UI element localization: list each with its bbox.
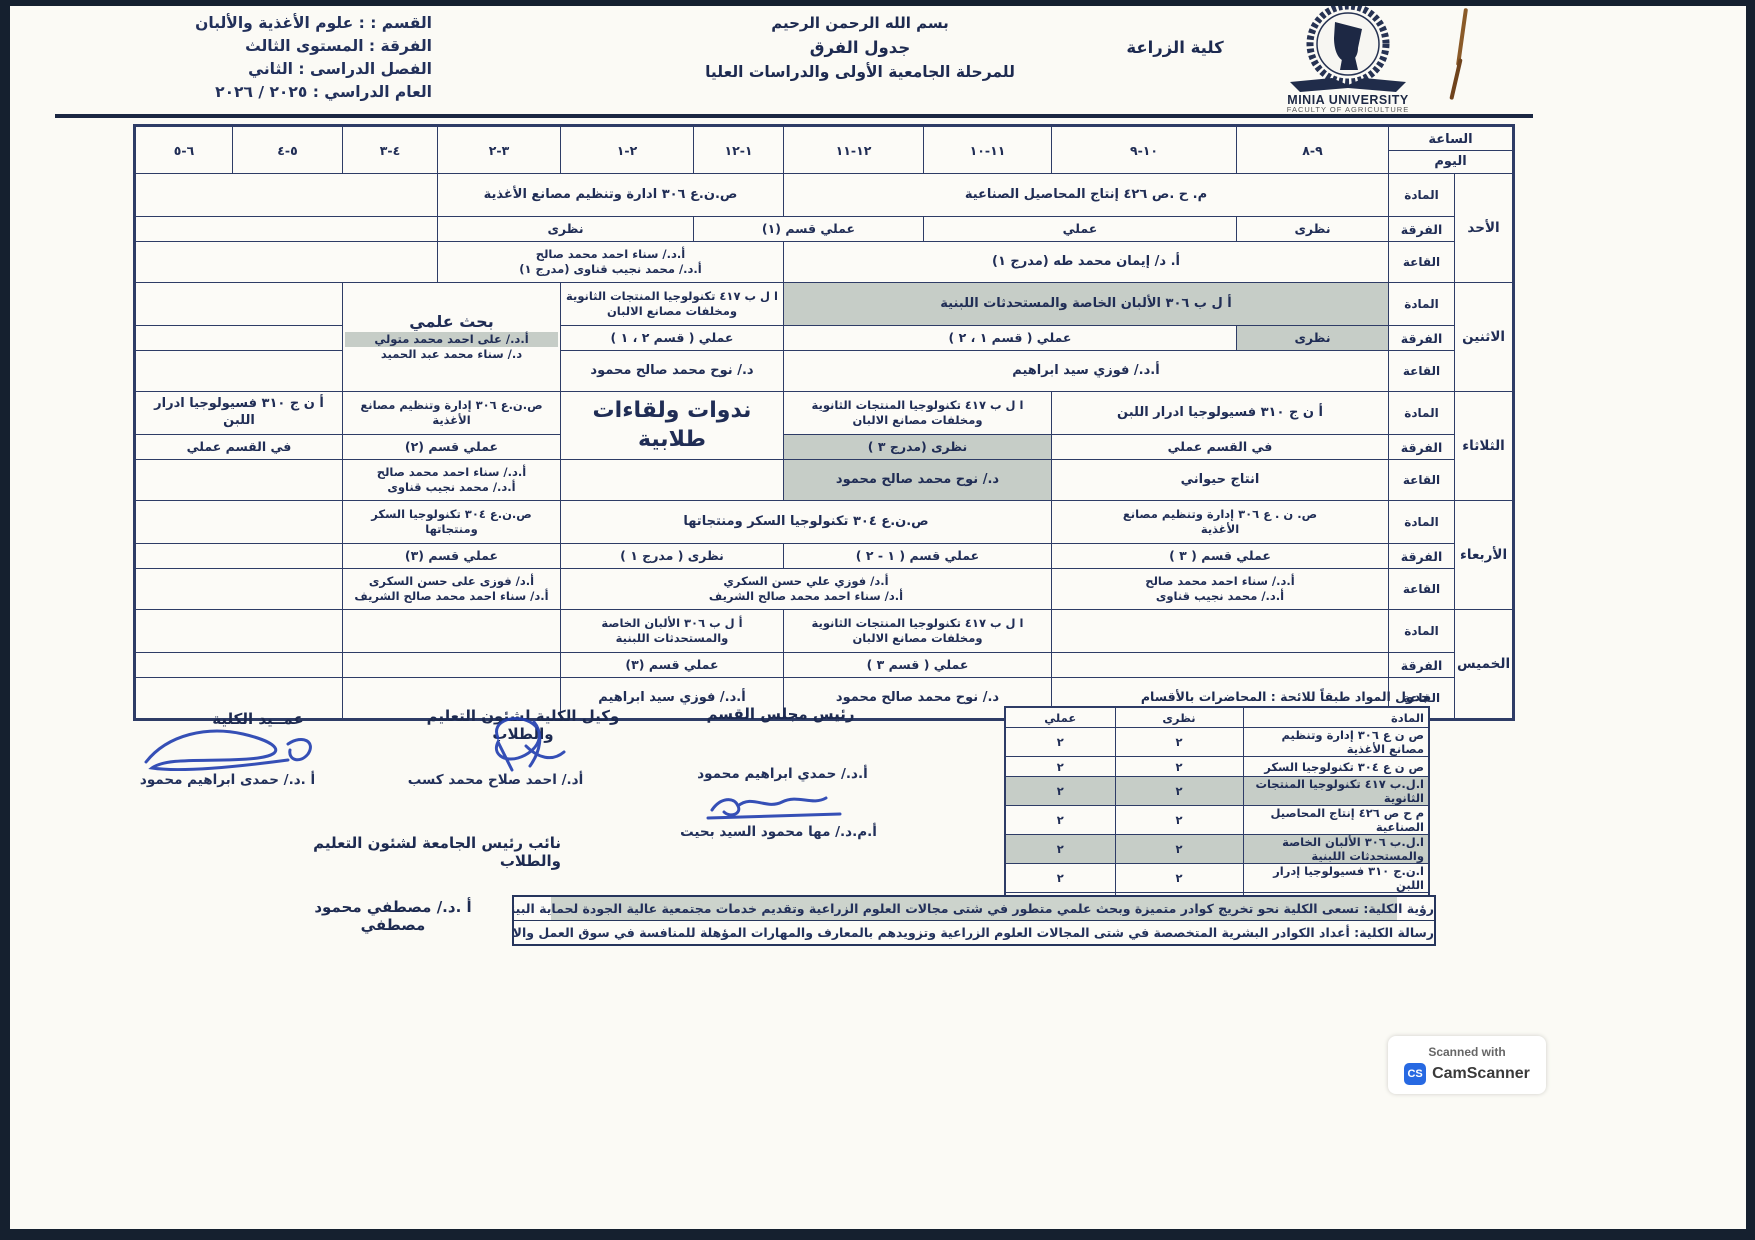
summary-cell: ٢ — [1005, 864, 1115, 893]
timetable-cell: أ ل ب ٣٠٦ الألبان الخاصة والمستحدثات الل… — [784, 283, 1389, 326]
hour-day-corner: الساعةاليوم — [1389, 126, 1514, 174]
timetable-cell: ص.ن.ع ٣٠٤ تكنولوجيا السكر ومنتجاتها — [561, 501, 1052, 544]
row-type-label: المادة — [1389, 501, 1455, 544]
camscanner-brand: CamScanner — [1432, 1065, 1530, 1083]
timetable-cell — [135, 610, 343, 653]
timetable-cell: أ.د./ فوزي سيد ابراهيم — [784, 351, 1389, 392]
faculty-name: كلية الزراعة — [1110, 38, 1240, 57]
timetable-cell: ندوات ولقاءات طلابية — [561, 392, 784, 460]
timetable-cell: ص. ن . ع ٣٠٦ إدارة وتنظيم مصانعالأغذية — [1052, 501, 1389, 544]
scan-frame-right — [1746, 0, 1755, 1240]
timetable-cell — [343, 610, 561, 653]
timetable-cell: عملي ( قسم ٢ ، ١ ) — [561, 326, 784, 351]
page-title: جدول الفرق — [610, 38, 1110, 57]
timetable-cell: عملي قسم (٣) — [561, 653, 784, 678]
camscanner-badge: Scanned with CS CamScanner — [1388, 1036, 1546, 1094]
dept-head-name: أ.د./ حمدي ابراهيم محمود — [690, 766, 875, 782]
timetable-cell: أ.د/ فوزى على حسن السكرىأ.د/ سناء احمد م… — [343, 569, 561, 610]
timetable-cell — [343, 653, 561, 678]
summary-cell: ٢ — [1115, 757, 1243, 777]
timetable-cell — [135, 569, 343, 610]
timetable-cell — [135, 351, 343, 392]
hour-header: ١٠-٩ — [1052, 126, 1237, 174]
timetable-cell — [135, 544, 343, 569]
dept-head-signature — [700, 784, 860, 826]
timetable-cell — [135, 217, 438, 242]
mission-line: رسالة الكلية: أعداد الكوادر البشرية المت… — [514, 921, 1434, 944]
vision-line: رؤية الكلية: تسعى الكلية نحو تخريج كوادر… — [514, 897, 1434, 921]
timetable-cell: عملي — [924, 217, 1237, 242]
timetable-cell: ا ل ب ٤١٧ تكنولوجيا المنتجات الثانويةومخ… — [784, 392, 1052, 435]
summary-cell: ص ن ع ٣٠٤ تكنولوجيا السكر — [1243, 757, 1429, 777]
timetable-cell: نظرى — [438, 217, 694, 242]
timetable-cell: أ ن ج ٣١٠ فسيولوجيا ادرار اللبن — [135, 392, 343, 435]
timetable-cell — [135, 326, 343, 351]
hour-header: ٤-٣ — [343, 126, 438, 174]
department-line: القسم : : علوم الأغذية والألبان — [52, 12, 432, 35]
row-type-label: القاعة — [1389, 569, 1455, 610]
pen-mark — [1450, 6, 1474, 102]
hour-header: ٩-٨ — [1237, 126, 1389, 174]
summary-cell: ٢ — [1005, 777, 1115, 806]
timetable-cell: أ.د/ فوزي علي حسن السكريأ.د/ سناء احمد م… — [561, 569, 1052, 610]
summary-cell: ٢ — [1115, 777, 1243, 806]
summary-cell: ٢ — [1005, 728, 1115, 757]
hour-header: ٦-٥ — [135, 126, 233, 174]
row-type-label: الفرقة — [1389, 217, 1455, 242]
timetable-cell: في القسم عملي — [1052, 435, 1389, 460]
page-subtitle: للمرحلة الجامعية الأولى والدراسات العليا — [610, 63, 1110, 81]
timetable-cell — [135, 242, 438, 283]
header-divider — [55, 114, 1533, 118]
summary-header: المادة — [1243, 707, 1429, 728]
summary-cell: ص ن ع ٣٠٦ إدارة وتنظيم مصانع الأغذية — [1243, 728, 1429, 757]
hour-header: ٢-١ — [561, 126, 694, 174]
day-name: الثلاثاء — [1455, 392, 1514, 501]
scan-frame-top — [0, 0, 1755, 6]
timetable-cell — [135, 501, 343, 544]
summary-cell: ٢ — [1005, 757, 1115, 777]
scanned-schedule-page: { "colors": { "frame": "#15202f", "paper… — [0, 0, 1755, 1240]
semester-line: الفصل الدراسى : الثاني — [52, 58, 432, 81]
timetable-cell — [1052, 610, 1389, 653]
vision-mission-box: رؤية الكلية: تسعى الكلية نحو تخريج كوادر… — [512, 895, 1436, 946]
timetable-cell — [561, 460, 784, 501]
day-name: الاثنين — [1455, 283, 1514, 392]
timetable-cell: عملي ( قسم ٣ ) — [784, 653, 1052, 678]
summary-cell: ا.ل.ب ٤١٧ تكنولوجيا المنتجات الثانوية — [1243, 777, 1429, 806]
dept-head-title: رئيس مجلس القسم — [698, 705, 863, 723]
row-type-label: القاعة — [1389, 351, 1455, 392]
timetable-cell: ص.ن.ع ٣٠٦ ادارة وتنظيم مصانع الأغذية — [438, 174, 784, 217]
timetable-cell: أ.د./ سناء احمد محمد صالحأ.د./ محمد نجيب… — [438, 242, 784, 283]
hour-header: ٥-٤ — [233, 126, 343, 174]
timetable-cell: أ.د./ سناء احمد محمد صالحأ.د./ محمد نجيب… — [343, 460, 561, 501]
summary-cell: ا.ن.ج ٣١٠ فسيولوجيا إدرار اللبن — [1243, 864, 1429, 893]
timetable-cell: د./ نوح محمد صالح محمود — [784, 460, 1052, 501]
timetable-cell — [135, 460, 343, 501]
scan-frame-left — [0, 0, 10, 1240]
timetable-cell: عملي قسم ( ١ - ٢ ) — [784, 544, 1052, 569]
university-logo: MINIA UNIVERSITY FACULTY OF AGRICULTURE — [1262, 0, 1434, 114]
summary-cell: ٢ — [1115, 835, 1243, 864]
timetable-cell: عملي ( قسم ١ ، ٢ ) — [784, 326, 1237, 351]
summary-cell: ٢ — [1115, 864, 1243, 893]
vp-name: أ .د./ مصطفي محمود مصطفي — [283, 898, 503, 934]
timetable-cell: نظرى (مدرج ٣ ) — [784, 435, 1052, 460]
timetable-cell: ص.ن.ع ٣٠٤ تكنولوجيا السكرومنتجاتها — [343, 501, 561, 544]
timetable-cell — [1052, 653, 1389, 678]
camscanner-logo-icon: CS — [1404, 1063, 1426, 1085]
timetable-cell: أ. د/ إيمان محمد طه (مدرج ١) — [784, 242, 1389, 283]
timetable-cell: نظرى — [1237, 326, 1389, 351]
timetable-cell: عملي قسم (٣) — [343, 544, 561, 569]
row-type-label: الفرقة — [1389, 435, 1455, 460]
summary-cell: ٢ — [1005, 835, 1115, 864]
department-info: القسم : : علوم الأغذية والألبان الفرقة :… — [52, 12, 432, 104]
day-name: الخميس — [1455, 610, 1514, 720]
bismillah: بسم الله الرحمن الرحيم — [610, 14, 1110, 32]
row-type-label: القاعة — [1389, 242, 1455, 283]
day-name: الأحد — [1455, 174, 1514, 283]
summary-header: نظرى — [1115, 707, 1243, 728]
summary-cell: ا.ل.ب ٣٠٦ الألبان الخاصة والمستحدثات الل… — [1243, 835, 1429, 864]
row-type-label: المادة — [1389, 174, 1455, 217]
scan-frame-bottom — [0, 1229, 1755, 1240]
timetable-cell: أ ن ج ٣١٠ فسيولوجيا ادرار اللبن — [1052, 392, 1389, 435]
timetable-cell: عملي قسم (٢) — [343, 435, 561, 460]
page-title-block: بسم الله الرحمن الرحيم جدول الفرق للمرحل… — [610, 14, 1110, 81]
timetable-cell: نظرى — [1237, 217, 1389, 242]
summary-cell: م ح ص ٤٢٦ إنتاج المحاصيل الصناعية — [1243, 806, 1429, 835]
summary-header: عملي — [1005, 707, 1115, 728]
row-type-label: القاعة — [1389, 460, 1455, 501]
timetable-cell: م. ح .ص ٤٢٦ إنتاج المحاصيل الصناعية — [784, 174, 1389, 217]
row-type-label: المادة — [1389, 392, 1455, 435]
vice-dean-name: أد./ احمد صلاح محمد كسب — [388, 772, 603, 788]
hour-header: ٣-٢ — [438, 126, 561, 174]
scanned-with-label: Scanned with — [1428, 1045, 1505, 1059]
timetable-cell — [135, 653, 343, 678]
hour-header: ١-١٢ — [694, 126, 784, 174]
dean-signature — [138, 722, 328, 778]
timetable-cell: ا ل ب ٤١٧ تكنولوجيا المنتجات الثانويةومخ… — [561, 283, 784, 326]
timetable-cell: ص.ن.ع ٣٠٦ إدارة وتنظيم مصانعالأغذية — [343, 392, 561, 435]
timetable: الساعةاليوم٩-٨١٠-٩١١-١٠١٢-١١١-١٢٢-١٣-٢٤-… — [133, 124, 1515, 721]
timetable-cell: انتاج حيواني — [1052, 460, 1389, 501]
dept-head-secondary-name: أ.م.د./ مها محمود السيد بحيت — [676, 824, 881, 840]
timetable-cell: بحث علميأ.د./ على احمد محمد متوليد./ سنا… — [343, 283, 561, 392]
row-type-label: المادة — [1389, 283, 1455, 326]
timetable-cell: أ.د./ سناء احمد محمد صالحأ.د./ محمد نجيب… — [1052, 569, 1389, 610]
summary-cell: ٢ — [1005, 806, 1115, 835]
timetable-cell: أ ل ب ٣٠٦ الألبان الخاصةوالمستحدثات اللب… — [561, 610, 784, 653]
university-logo-emblem: MINIA UNIVERSITY FACULTY OF AGRICULTURE — [1262, 0, 1434, 114]
timetable-cell — [135, 283, 343, 326]
row-type-label: الفرقة — [1389, 544, 1455, 569]
row-type-label: الفرقة — [1389, 326, 1455, 351]
timetable-cell: عملي قسم ( ٣ ) — [1052, 544, 1389, 569]
timetable-cell: في القسم عملي — [135, 435, 343, 460]
row-type-label: المادة — [1389, 610, 1455, 653]
hour-header: ١٢-١١ — [784, 126, 924, 174]
logo-faculty-en: FACULTY OF AGRICULTURE — [1287, 105, 1409, 114]
academic-year-line: العام الدراسي : ٢٠٢٥ / ٢٠٢٦ — [52, 81, 432, 104]
day-name: الأربعاء — [1455, 501, 1514, 610]
summary-cell: ٢ — [1115, 806, 1243, 835]
hour-header: ١١-١٠ — [924, 126, 1052, 174]
level-line: الفرقة : المستوى الثالث — [52, 35, 432, 58]
timetable-cell: نظرى ( مدرج ١ ) — [561, 544, 784, 569]
vp-title: نائب رئيس الجامعة لشئون التعليم والطلاب — [253, 834, 561, 870]
vice-dean-signature — [468, 712, 578, 774]
dean-name: أ .د./ حمدى ابراهيم محمود — [130, 772, 325, 788]
timetable-cell: ا ل ب ٤١٧ تكنولوجيا المنتجات الثانويةومخ… — [784, 610, 1052, 653]
timetable-cell — [135, 174, 438, 217]
summary-cell: ٢ — [1115, 728, 1243, 757]
timetable-cell: د./ نوح محمد صالح محمود — [561, 351, 784, 392]
row-type-label: الفرقة — [1389, 653, 1455, 678]
timetable-cell: عملي قسم (١) — [694, 217, 924, 242]
